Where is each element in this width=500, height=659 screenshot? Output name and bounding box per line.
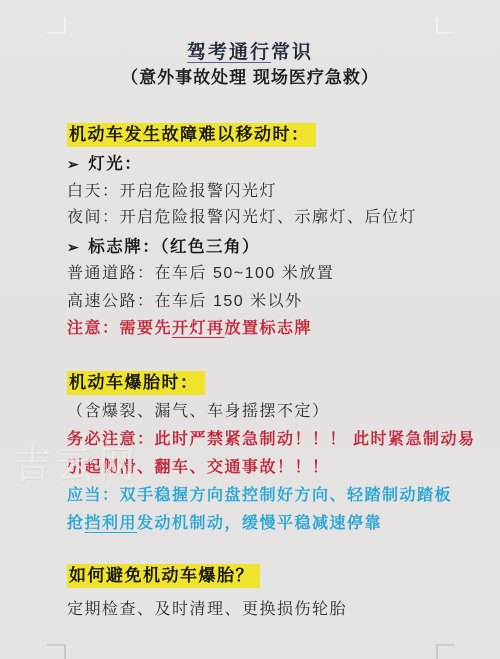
lights-bullet-line: ➢灯光：	[67, 150, 142, 174]
arrow-bullet-icon: ➢	[67, 239, 80, 255]
note-underlined: 开灯再	[172, 320, 225, 337]
blowout-advice-line2: 抢挡利用发动机制动，缓慢平稳减速停靠	[67, 510, 382, 533]
page-title-rest: 常识	[271, 42, 313, 63]
normal-road-line: 普通道路：在车后 50~100 米放置	[67, 260, 334, 283]
advice-underlined: 挡利用	[85, 515, 138, 532]
highway-line: 高速公路：在车后 150 米以外	[67, 288, 303, 311]
daytime-lights-line: 白天：开启危险报警闪光灯	[67, 178, 277, 201]
section-blowout-heading: 机动车爆胎时：	[67, 368, 205, 393]
crop-mark-bottom-right-icon	[436, 644, 455, 659]
site-watermark: 吉云网	[14, 433, 140, 488]
lights-label: 灯光：	[88, 155, 142, 173]
sign-label: 标志牌：（红色三角）	[88, 238, 260, 256]
document-page: 驾考通行常识 （意外事故处理 现场医疗急救） 机动车发生故障难以移动时： ➢灯光…	[0, 0, 500, 659]
crop-mark-top-right-icon	[436, 17, 455, 34]
arrow-bullet-icon: ➢	[67, 156, 80, 172]
page-title-underlined: 驾考通行	[187, 42, 271, 63]
night-lights-line: 夜间：开启危险报警闪光灯、示廓灯、后位灯	[67, 204, 417, 227]
prevention-line: 定期检查、及时清理、更换损伤轮胎	[67, 596, 347, 619]
section-prevention-heading: 如何避免机动车爆胎？	[67, 561, 260, 586]
crop-mark-top-left-icon	[47, 17, 66, 34]
crop-mark-bottom-left-icon	[47, 644, 66, 659]
sign-note-line: 注意：需要先开灯再放置标志牌	[67, 315, 312, 338]
sign-bullet-line: ➢标志牌：（红色三角）	[67, 233, 260, 257]
page-subtitle: （意外事故处理 现场医疗急救）	[0, 63, 500, 88]
page-title: 驾考通行常识	[0, 37, 500, 64]
blowout-subnote-line: （含爆裂、漏气、车身摇摆不定）	[67, 398, 330, 421]
section-breakdown-heading: 机动车发生故障难以移动时：	[67, 120, 316, 145]
